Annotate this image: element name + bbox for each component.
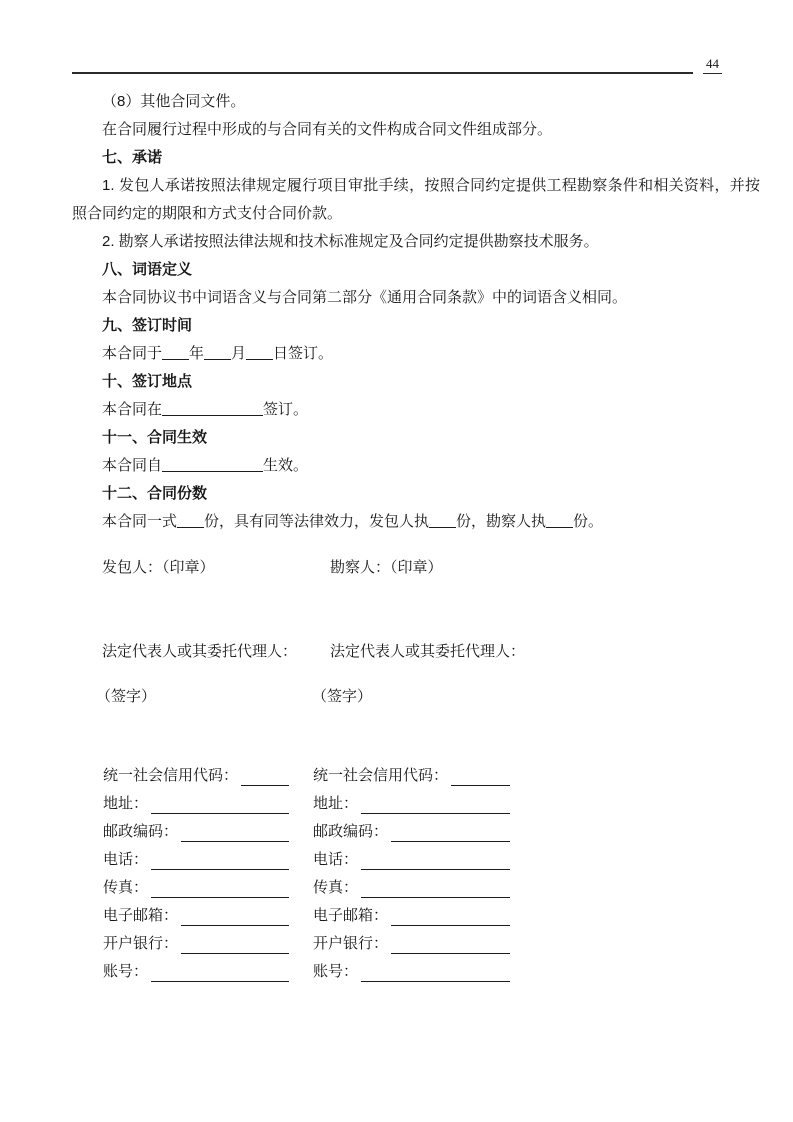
fill-in-line-uscc xyxy=(241,762,289,786)
surveyor-signature-label: （签字） xyxy=(312,683,372,711)
clause-7-1-employer-promise: 1. 发包人承诺按照法律规定履行项目审批手续，按照合同约定提供工程勘察条件和相关… xyxy=(72,172,760,228)
fill-in-line-address xyxy=(151,790,289,814)
copies-text-1: 本合同一式 xyxy=(102,513,177,530)
field-label-postcode: 邮政编码： xyxy=(103,818,178,846)
field-label-uscc: 统一社会信用代码： xyxy=(103,762,238,790)
fill-in-line-uscc xyxy=(451,762,510,786)
form-field-phone: 电话： xyxy=(313,846,510,874)
sign-date-text-4: 日签订。 xyxy=(273,345,333,362)
clause-12-copies: 本合同一式份，具有同等法律效力，发包人执份，勘察人执份。 xyxy=(72,508,760,536)
sign-date-text-3: 月 xyxy=(231,345,246,362)
heading-sec7-promise: 七、承诺 xyxy=(72,144,760,172)
fill-in-line-bank xyxy=(181,930,289,954)
fill-in-blank-surveyor-copies xyxy=(546,514,573,528)
clause-10-sign-place: 本合同在签订。 xyxy=(72,396,760,424)
form-field-account: 账号： xyxy=(313,958,510,986)
form-field-fax: 传真： xyxy=(103,874,289,902)
form-field-account: 账号： xyxy=(103,958,289,986)
form-field-bank: 开户银行： xyxy=(103,930,289,958)
sign-place-text-1: 本合同在 xyxy=(102,401,162,418)
field-label-email: 电子邮箱： xyxy=(313,902,388,930)
form-field-uscc: 统一社会信用代码： xyxy=(313,762,510,790)
fill-in-line-postcode xyxy=(391,818,510,842)
page-number: 44 xyxy=(703,56,722,74)
fill-in-blank-total-copies xyxy=(177,514,204,528)
contract-body: （8）其他合同文件。 在合同履行过程中形成的与合同有关的文件构成合同文件组成部分… xyxy=(72,88,760,536)
field-label-postcode: 邮政编码： xyxy=(313,818,388,846)
fill-in-line-phone xyxy=(151,846,289,870)
sign-date-text-1: 本合同于 xyxy=(102,345,162,362)
fill-in-line-email xyxy=(391,902,510,926)
legal-rep-row: 法定代表人或其委托代理人： 法定代表人或其委托代理人： xyxy=(72,638,760,666)
field-label-phone: 电话： xyxy=(103,846,148,874)
sign-date-text-2: 年 xyxy=(189,345,204,362)
field-label-account: 账号： xyxy=(103,958,148,986)
field-label-address: 地址： xyxy=(103,790,148,818)
signature-section: 发包人：（印章） 勘察人：（印章） 法定代表人或其委托代理人： 法定代表人或其委… xyxy=(72,554,760,711)
form-field-postcode: 邮政编码： xyxy=(313,818,510,846)
form-field-email: 电子邮箱： xyxy=(313,902,510,930)
field-label-fax: 传真： xyxy=(103,874,148,902)
sign-place-text-2: 签订。 xyxy=(263,401,308,418)
clause-7-2-surveyor-promise: 2. 勘察人承诺按照法律法规和技术标准规定及合同约定提供勘察技术服务。 xyxy=(72,228,760,256)
clause-9-sign-date: 本合同于年月日签订。 xyxy=(72,340,760,368)
fill-in-line-postcode xyxy=(181,818,289,842)
fill-in-line-address xyxy=(361,790,510,814)
heading-sec9-sign-date: 九、签订时间 xyxy=(72,312,760,340)
fill-in-blank-month xyxy=(204,346,231,360)
fill-in-line-account xyxy=(151,958,289,982)
field-label-bank: 开户银行： xyxy=(103,930,178,958)
contact-info-section: 统一社会信用代码： 地址： 邮政编码： 电话： 传真： 电子邮箱： 开户银行： … xyxy=(72,762,760,986)
fill-in-line-fax xyxy=(361,874,510,898)
surveyor-contact-column: 统一社会信用代码： 地址： 邮政编码： 电话： 传真： 电子邮箱： 开户银行： … xyxy=(313,762,510,986)
fill-in-line-email xyxy=(181,902,289,926)
fill-in-line-account xyxy=(361,958,510,982)
heading-sec12-copies: 十二、合同份数 xyxy=(72,480,760,508)
field-label-fax: 传真： xyxy=(313,874,358,902)
clause-11-effective: 本合同自生效。 xyxy=(72,452,760,480)
form-field-postcode: 邮政编码： xyxy=(103,818,289,846)
fill-in-blank-employer-copies xyxy=(429,514,456,528)
form-field-phone: 电话： xyxy=(103,846,289,874)
fill-in-line-bank xyxy=(391,930,510,954)
form-field-fax: 传真： xyxy=(313,874,510,902)
effective-text-2: 生效。 xyxy=(263,457,308,474)
signature-row: （签字） （签字） xyxy=(72,683,760,711)
employer-seal-label: 发包人：（印章） xyxy=(102,554,215,582)
fill-in-line-phone xyxy=(361,846,510,870)
employer-signature-label: （签字） xyxy=(96,683,156,711)
field-label-uscc: 统一社会信用代码： xyxy=(313,762,448,790)
employer-legal-rep-label: 法定代表人或其委托代理人： xyxy=(102,638,297,666)
copies-text-3: 份，勘察人执 xyxy=(456,513,546,530)
copies-text-2: 份，具有同等法律效力，发包人执 xyxy=(204,513,429,530)
surveyor-seal-label: 勘察人：（印章） xyxy=(330,554,443,582)
field-label-account: 账号： xyxy=(313,958,358,986)
surveyor-legal-rep-label: 法定代表人或其委托代理人： xyxy=(330,638,525,666)
clause-formed-docs: 在合同履行过程中形成的与合同有关的文件构成合同文件组成部分。 xyxy=(72,116,760,144)
fill-in-blank-year xyxy=(162,346,189,360)
form-field-address: 地址： xyxy=(103,790,289,818)
form-field-address: 地址： xyxy=(313,790,510,818)
form-field-bank: 开户银行： xyxy=(313,930,510,958)
effective-text-1: 本合同自 xyxy=(102,457,162,474)
fill-in-line-fax xyxy=(151,874,289,898)
field-label-bank: 开户银行： xyxy=(313,930,388,958)
heading-sec11-effective: 十一、合同生效 xyxy=(72,424,760,452)
fill-in-blank-effective xyxy=(162,458,263,472)
page-header: 44 xyxy=(72,50,722,74)
field-label-email: 电子邮箱： xyxy=(103,902,178,930)
fill-in-blank-place xyxy=(162,402,263,416)
copies-text-4: 份。 xyxy=(573,513,603,530)
seal-row: 发包人：（印章） 勘察人：（印章） xyxy=(72,554,760,582)
employer-contact-column: 统一社会信用代码： 地址： 邮政编码： 电话： 传真： 电子邮箱： 开户银行： … xyxy=(103,762,289,986)
heading-sec8-definitions: 八、词语定义 xyxy=(72,256,760,284)
field-label-address: 地址： xyxy=(313,790,358,818)
fill-in-blank-day xyxy=(246,346,273,360)
document-page: 44 （8）其他合同文件。 在合同履行过程中形成的与合同有关的文件构成合同文件组… xyxy=(0,0,793,1122)
form-field-email: 电子邮箱： xyxy=(103,902,289,930)
clause-8-1-definitions: 本合同协议书中词语含义与合同第二部分《通用合同条款》中的词语含义相同。 xyxy=(72,284,760,312)
clause-other-contract-docs: （8）其他合同文件。 xyxy=(72,88,760,116)
form-field-uscc: 统一社会信用代码： xyxy=(103,762,289,790)
heading-sec10-sign-place: 十、签订地点 xyxy=(72,368,760,396)
header-rule xyxy=(72,50,693,74)
field-label-phone: 电话： xyxy=(313,846,358,874)
